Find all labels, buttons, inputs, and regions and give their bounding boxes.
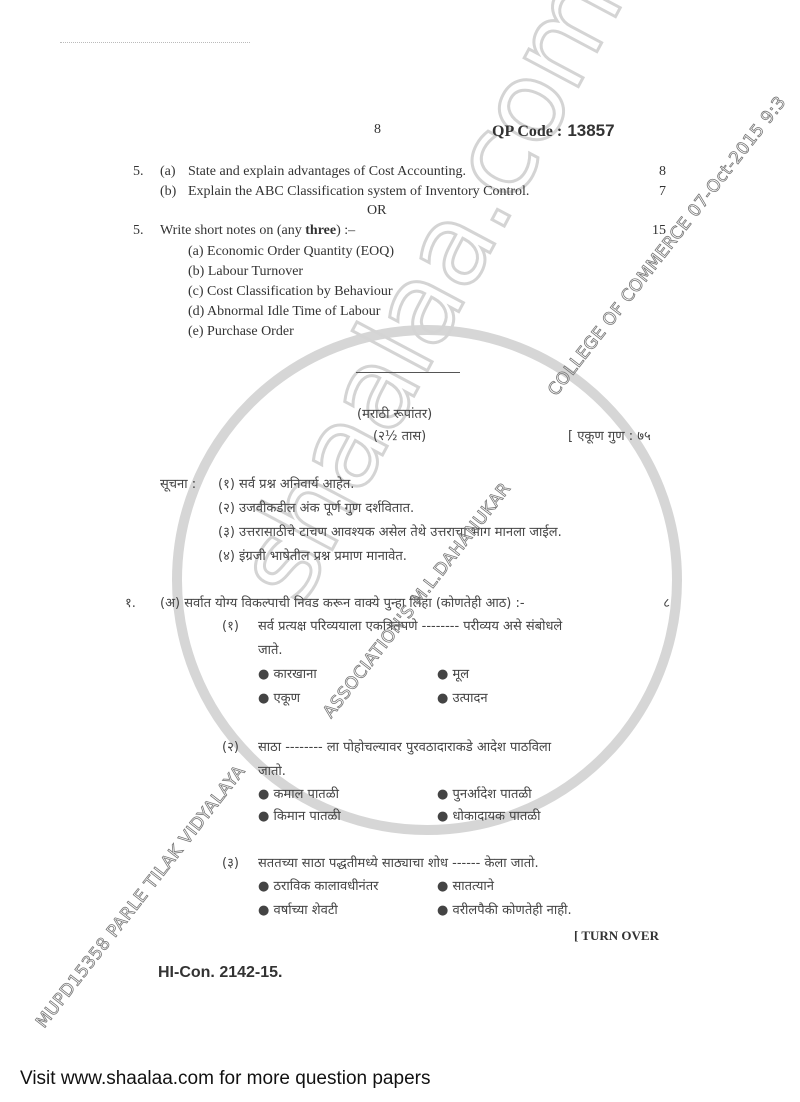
- subq2-line2: जातो.: [258, 761, 286, 779]
- subq2-line1: साठा -------- ला पोहोचल्यावर पुरवठादाराक…: [258, 737, 551, 755]
- subq3-line1: सततच्या साठा पद्धतीमध्ये साठ्याचा शोध --…: [258, 853, 539, 871]
- q5alt-text-bold: three: [305, 223, 336, 238]
- instruction-item: (४) इंग्रजी भाषेतील प्रश्न प्रमाण मानावे…: [218, 546, 407, 564]
- option-item: ● पुनर्आदेश पातळी: [437, 784, 532, 802]
- instruction-item: (२) उजवीकडील अंक पूर्ण गुण दर्शवितात.: [218, 498, 414, 516]
- footer-promo: Visit www.shaalaa.com for more question …: [20, 1068, 430, 1090]
- q1-text: (अ) सर्वात योग्य विकल्पाची निवड करून वाक…: [160, 593, 525, 611]
- q1-number: १.: [125, 593, 136, 611]
- section-divider: [356, 372, 460, 373]
- qp-code-value: 13857: [567, 121, 614, 140]
- marathi-title: (मराठी रूपांतर): [357, 404, 432, 422]
- option-text: वर्षाच्या शेवटी: [273, 903, 337, 918]
- subq2-label: (२): [222, 737, 239, 755]
- option-text: किमान पातळी: [273, 809, 340, 824]
- instruction-item: (१) सर्व प्रश्न अनिवार्य आहेत.: [218, 474, 354, 492]
- option-item: ● धोकादायक पातळी: [437, 806, 541, 824]
- hi-con-code: HI-Con. 2142-15.: [158, 964, 282, 982]
- turn-over-label: [ TURN OVER: [574, 928, 659, 944]
- short-note-item: (a) Economic Order Quantity (EOQ): [188, 244, 394, 260]
- instruction-item: (३) उत्तरासाठीचे टाचण आवश्यक असेल तेथे उ…: [218, 522, 562, 540]
- subq3-label: (३): [222, 853, 239, 871]
- short-note-item: (b) Labour Turnover: [188, 264, 303, 280]
- option-text: कारखाना: [273, 667, 316, 682]
- option-text: सातत्याने: [452, 879, 493, 894]
- scan-noise: [60, 42, 250, 44]
- q5-number: 5.: [133, 164, 144, 180]
- option-text: वरीलपैकी कोणतेही नाही.: [452, 903, 571, 918]
- option-item: ● एकूण: [258, 688, 300, 706]
- or-label: OR: [367, 203, 386, 219]
- option-item: ● उत्पादन: [437, 688, 488, 706]
- option-item: ● ठराविक कालावधीनंतर: [258, 876, 379, 894]
- option-text: धोकादायक पातळी: [452, 809, 540, 824]
- q5a-text: State and explain advantages of Cost Acc…: [188, 164, 466, 180]
- option-item: ● सातत्याने: [437, 876, 494, 894]
- q5alt-text-suffix: ) :–: [336, 223, 355, 238]
- option-text: एकूण: [273, 691, 300, 706]
- option-item: ● किमान पातळी: [258, 806, 341, 824]
- q5a-label: (a): [160, 164, 176, 180]
- option-item: ● वरीलपैकी कोणतेही नाही.: [437, 900, 572, 918]
- q5b-label: (b): [160, 184, 176, 200]
- q5alt-text: Write short notes on (any three) :–: [160, 223, 355, 239]
- q5alt-marks: 15: [626, 223, 666, 239]
- option-text: ठराविक कालावधीनंतर: [273, 879, 378, 894]
- q1-marks: ८: [630, 593, 670, 611]
- option-text: पुनर्आदेश पातळी: [452, 787, 531, 802]
- watermark-stamp-lower: MUPD15358 PARLE TILAK VIDYALAYA: [32, 762, 249, 1032]
- option-text: उत्पादन: [452, 691, 487, 706]
- q5b-text: Explain the ABC Classification system of…: [188, 184, 529, 200]
- option-item: ● कारखाना: [258, 664, 317, 682]
- marathi-duration: (२½ तास): [373, 426, 426, 444]
- option-item: ● मूल: [437, 664, 469, 682]
- qp-code: QP Code : 13857: [492, 121, 615, 141]
- subq1-line2: जाते.: [258, 640, 283, 658]
- short-note-item: (e) Purchase Order: [188, 324, 294, 340]
- short-note-item: (c) Cost Classification by Behaviour: [188, 284, 393, 300]
- option-text: कमाल पातळी: [273, 787, 338, 802]
- q5b-marks: 7: [626, 184, 666, 200]
- page-number: 8: [374, 122, 381, 138]
- option-item: ● वर्षाच्या शेवटी: [258, 900, 338, 918]
- option-item: ● कमाल पातळी: [258, 784, 339, 802]
- q5a-marks: 8: [626, 164, 666, 180]
- qp-code-label: QP Code :: [492, 123, 562, 140]
- q5alt-number: 5.: [133, 223, 144, 239]
- short-note-item: (d) Abnormal Idle Time of Labour: [188, 304, 380, 320]
- q5alt-text-prefix: Write short notes on (any: [160, 223, 305, 238]
- option-text: मूल: [452, 667, 469, 682]
- instructions-label: सूचना :: [160, 474, 196, 492]
- marathi-total-marks: [ एकूण गुण : ७५: [568, 426, 651, 444]
- subq1-label: (१): [222, 616, 239, 634]
